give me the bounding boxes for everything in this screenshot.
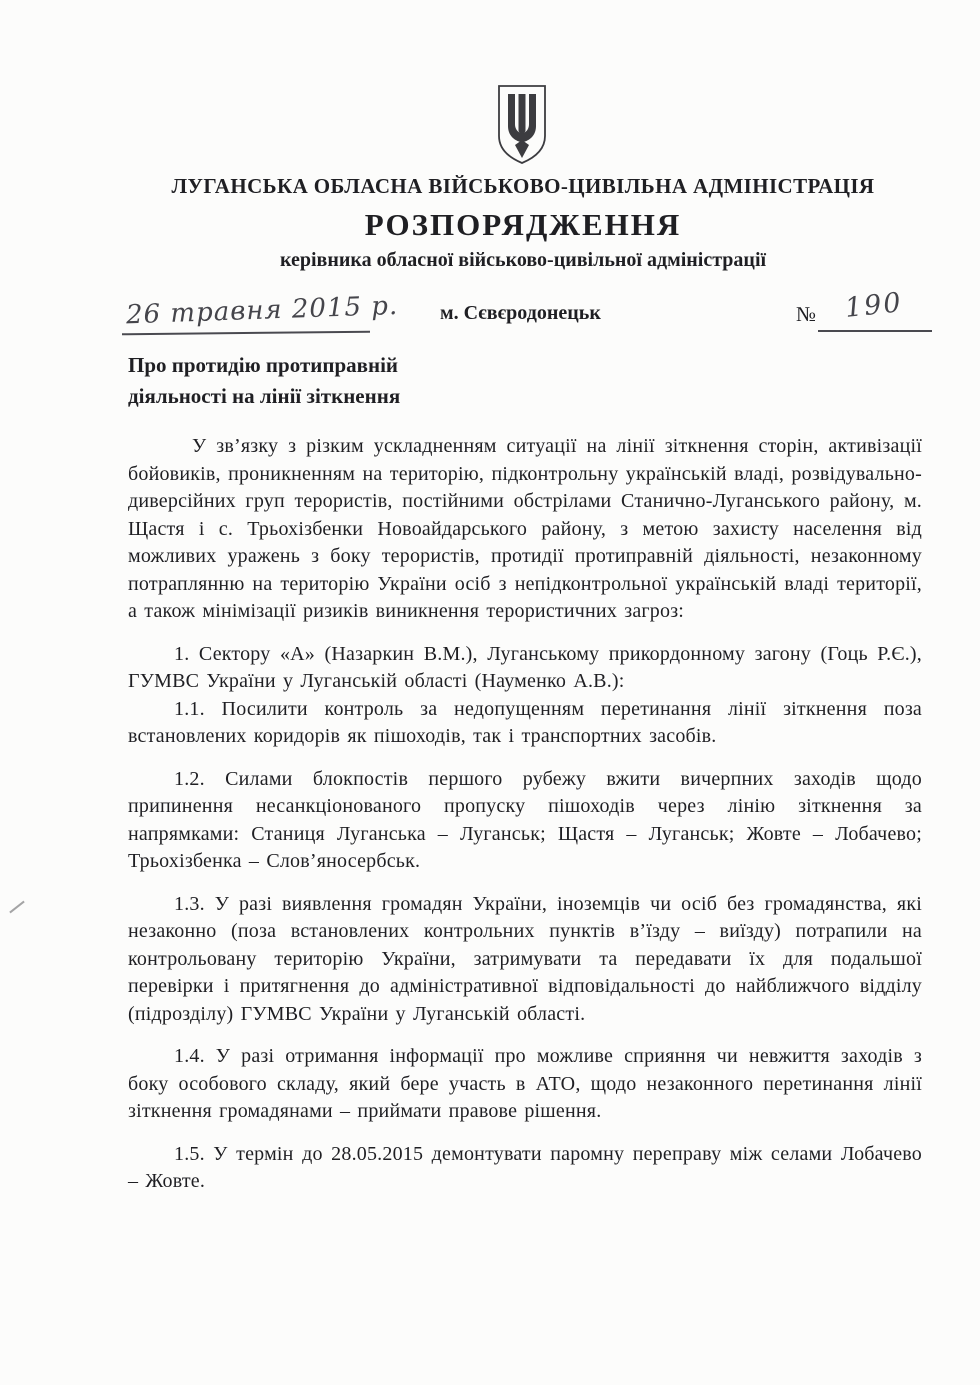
number-underline xyxy=(818,330,932,332)
handwritten-date: 26 травня 2015 р. xyxy=(126,292,379,331)
item-1-4-paragraph: 1.4. У разі отримання інформації про мож… xyxy=(128,1043,922,1126)
document-title-line1: Про протидію протиправній xyxy=(128,350,548,381)
item-1-1-paragraph: 1.1. Посилити контроль за недопущенням п… xyxy=(128,696,922,751)
document-subtitle: керівника обласної військово-цивільної а… xyxy=(62,247,980,274)
document-type-heading: РОЗПОРЯДЖЕННЯ xyxy=(62,206,980,244)
number-sign: № xyxy=(796,302,816,327)
handwritten-document-number: 190 xyxy=(844,287,904,324)
intro-paragraph: У зв’язку з різким ускладненням ситуації… xyxy=(128,433,922,626)
document-body: У зв’язку з різким ускладненням ситуації… xyxy=(128,433,922,1211)
document-header: ЛУГАНСЬКА ОБЛАСНА ВІЙСЬКОВО-ЦИВІЛЬНА АДМ… xyxy=(62,172,980,274)
item-1-2-paragraph: 1.2. Силами блокпостів першого рубежу вж… xyxy=(128,766,922,876)
item-1-3-paragraph: 1.3. У разі виявлення громадян України, … xyxy=(128,891,922,1029)
item-1-paragraph: 1. Сектору «А» (Назаркин В.М.), Луганськ… xyxy=(128,641,922,696)
item-1-5-paragraph: 1.5. У термін до 28.05.2015 демонтувати … xyxy=(128,1141,922,1196)
ukraine-trident-emblem xyxy=(496,84,548,166)
document-title-line2: діяльності на лінії зіткнення xyxy=(128,381,548,412)
document-page: ЛУГАНСЬКА ОБЛАСНА ВІЙСЬКОВО-ЦИВІЛЬНА АДМ… xyxy=(0,0,980,1385)
place-name: м. Сєвєродонецьк xyxy=(440,302,601,325)
date-place-number-row: 26 травня 2015 р. м. Сєвєродонецьк № 190 xyxy=(0,296,980,338)
pen-mark xyxy=(9,901,24,914)
date-underline xyxy=(122,331,370,336)
document-title: Про протидію протиправній діяльності на … xyxy=(128,350,548,412)
organization-name: ЛУГАНСЬКА ОБЛАСНА ВІЙСЬКОВО-ЦИВІЛЬНА АДМ… xyxy=(62,172,980,200)
